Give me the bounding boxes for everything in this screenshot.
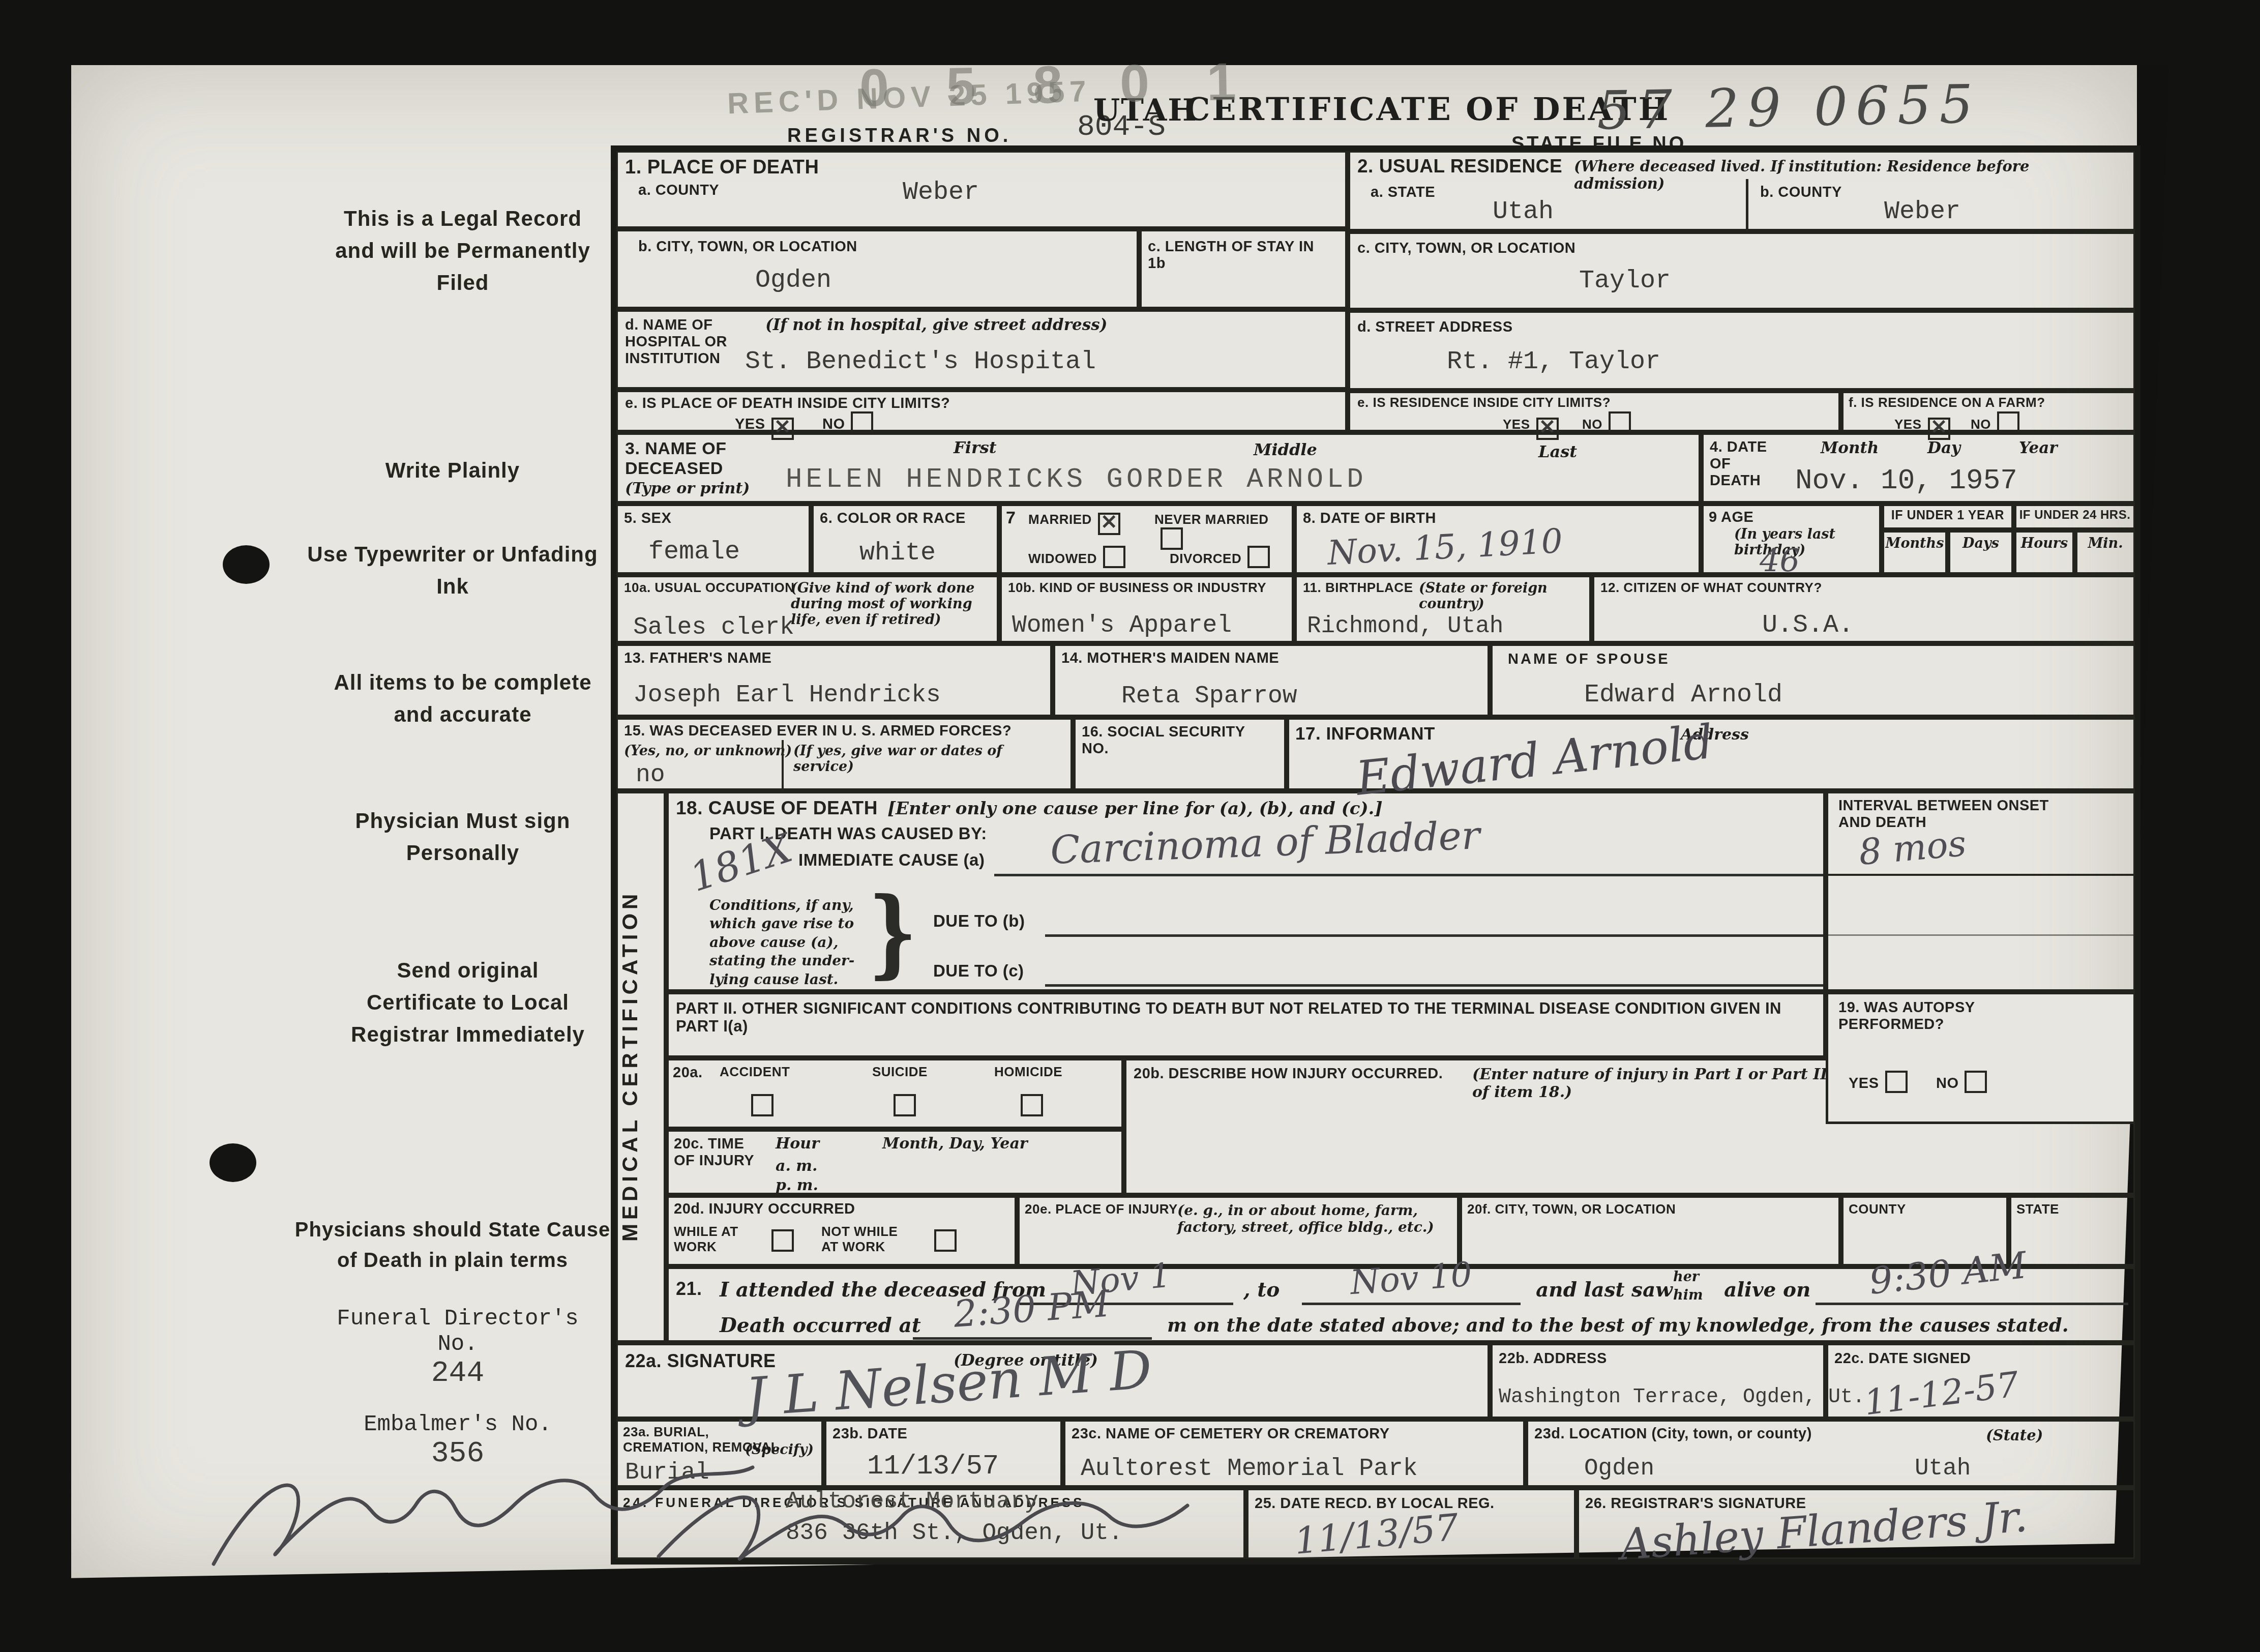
age-label: 9 AGE <box>1709 509 1753 526</box>
name-of-spouse-value: Edward Arnold <box>1584 681 1782 710</box>
interval-rule <box>1828 934 2133 936</box>
citizen-value: U.S.A. <box>1762 611 1854 640</box>
industry-label: 10b. KIND OF BUSINESS OR INDUSTRY <box>1008 580 1283 596</box>
residence-farm-label: f. IS RESIDENCE ON A FARM? <box>1849 395 2045 410</box>
attend-text-2: , to <box>1243 1278 1280 1302</box>
field-marital-status: 7 MARRIED✕ NEVER MARRIED WIDOWED DIVORCE… <box>999 504 1294 575</box>
field-place-city: b. CITY, TOWN, OR LOCATION Ogden <box>615 229 1139 309</box>
hole-punch <box>223 545 270 584</box>
month-header: Month <box>1821 439 1879 457</box>
day-header: Day <box>1927 439 1960 457</box>
funeral-director-no-block: Funeral Director's No. 244 <box>315 1306 600 1390</box>
field-industry: 10b. KIND OF BUSINESS OR INDUSTRY Women'… <box>999 575 1294 643</box>
him-label: him <box>1673 1287 1703 1303</box>
field-if-under-24-hrs: IF UNDER 24 HRS. <box>2014 504 2136 530</box>
interval-value: 8 mos <box>1857 822 1968 873</box>
due-to-c-label: DUE TO (c) <box>933 961 1024 981</box>
yes-label: YES <box>1503 417 1530 432</box>
no-label: NO <box>822 416 845 432</box>
residence-county-label: b. COUNTY <box>1760 184 1842 201</box>
usual-residence-note: (Where deceased lived. If institution: R… <box>1574 158 2123 192</box>
year-header: Year <box>2019 439 2058 457</box>
residence-state-value: Utah <box>1493 197 1554 226</box>
date-of-death-value: Nov. 10, 1957 <box>1795 464 2017 497</box>
father-name-label: 13. FATHER'S NAME <box>624 650 771 667</box>
usual-occupation-value: Sales clerk <box>633 614 794 641</box>
field-age-months: Months <box>1882 530 1948 575</box>
burial-location-city: Ogden <box>1584 1455 1654 1482</box>
attend-text-3: and last saw <box>1536 1278 1673 1302</box>
field-time-of-injury: 20c. TIME OF INJURY Hour a. m. p. m. Mon… <box>666 1129 1124 1195</box>
type-or-print-note: (Type or print) <box>625 480 750 497</box>
birthplace-value: Richmond, Utah <box>1307 613 1503 639</box>
marital-no: 7 <box>1006 508 1016 528</box>
widowed-label: WIDOWED <box>1028 551 1097 566</box>
field-attended: 21. I attended the deceased from Nov 1 ,… <box>666 1266 2136 1343</box>
field-father-name: 13. FATHER'S NAME Joseph Earl Hendricks <box>615 643 1053 717</box>
date-of-death-label: 4. DATE OF DEATH <box>1710 439 1776 489</box>
divorced-checkbox <box>1247 546 1270 568</box>
residence-city-limits-label: e. IS RESIDENCE INSIDE CITY LIMITS? <box>1357 395 1611 410</box>
interval-rule <box>1828 874 2133 876</box>
field-registrar-signature: 26. REGISTRAR'S SIGNATURE Ashley Flander… <box>1577 1488 2136 1560</box>
due-to-c-line <box>1045 961 1823 987</box>
field-street-address: d. STREET ADDRESS Rt. #1, Taylor <box>1348 310 2136 391</box>
hour-label: Hour <box>776 1135 819 1153</box>
immediate-cause-label: IMMEDIATE CAUSE (a) <box>798 850 985 870</box>
field-age: 9 AGE (In years last birthday) 46 <box>1701 504 1882 575</box>
name-of-spouse-label: NAME OF SPOUSE <box>1508 651 1670 668</box>
field-place-of-injury: 20e. PLACE OF INJURY (e. g., in or about… <box>1017 1195 1460 1266</box>
field-usual-residence: 2. USUAL RESIDENCE (Where deceased lived… <box>1348 150 2136 231</box>
first-header: First <box>954 438 997 457</box>
margin-note-plain-terms: Physicians should State Cause of Death i… <box>290 1215 615 1276</box>
armed-forces-note-2: (If yes, give war or dates of service) <box>793 743 1063 775</box>
embalmer-no-label: Embalmer's No. <box>315 1412 600 1437</box>
funeral-director-no-value: 244 <box>315 1357 600 1390</box>
margin-note-physician-sign: Physician Must sign Personally <box>336 805 590 869</box>
residence-city-label: c. CITY, TOWN, OR LOCATION <box>1357 240 1575 257</box>
usual-residence-title: 2. USUAL RESIDENCE <box>1357 156 1562 177</box>
no-label: NO <box>1582 417 1602 432</box>
days-label: Days <box>1950 536 2011 551</box>
hours-label: Hours <box>2016 536 2072 551</box>
color-or-race-value: white <box>859 539 936 568</box>
field-physician-address: 22b. ADDRESS Washington Terrace, Ogden, … <box>1490 1343 1826 1419</box>
place-city-value: Ogden <box>755 266 831 295</box>
medical-certification-strip: MEDICAL CERTIFICATION <box>615 791 666 1343</box>
field-informant: 17. INFORMANT Address Edward Arnold <box>1287 717 2136 791</box>
residence-county-value: Weber <box>1884 197 1960 226</box>
injury-city-label: 20f. CITY, TOWN, OR LOCATION <box>1467 1202 1676 1217</box>
funeral-director-signature-scrawl <box>648 1475 1233 1572</box>
usual-occupation-note: (Give kind of work done during most of w… <box>791 580 989 628</box>
cause-of-death-note: [Enter only one cause per line for (a), … <box>887 799 1383 819</box>
street-address-value: Rt. #1, Taylor <box>1447 347 1660 376</box>
describe-injury-note: (Enter nature of injury in Part I or Par… <box>1472 1066 1838 1101</box>
field-injury-occurred: 20d. INJURY OCCURRED WHILE AT WORK NOT W… <box>666 1195 1017 1266</box>
field-date-of-birth: 8. DATE OF BIRTH Nov. 15, 1910 <box>1294 504 1701 575</box>
field-residence-farm: f. IS RESIDENCE ON A FARM? YES✕ NO <box>1841 391 2136 432</box>
name-of-deceased-value: HELEN HENDRICKS GORDER ARNOLD <box>786 464 1367 495</box>
field-autopsy: 19. WAS AUTOPSY PERFORMED? YES NO <box>1826 992 2136 1124</box>
month-day-year-label: Month, Day, Year <box>882 1135 1028 1153</box>
field-age-min: Min. <box>2075 530 2136 575</box>
time-of-injury-label: 20c. TIME OF INJURY <box>674 1136 765 1169</box>
if-under-24-hrs-label: IF UNDER 24 HRS. <box>2016 508 2133 522</box>
scan-border-left <box>0 0 71 1652</box>
mother-maiden-name-value: Reta Sparrow <box>1121 683 1297 710</box>
industry-value: Women's Apparel <box>1012 612 1232 639</box>
margin-note-legal-record: This is a Legal Record and will be Perma… <box>325 202 600 299</box>
field-place-city-limits: e. IS PLACE OF DEATH INSIDE CITY LIMITS?… <box>615 390 1348 432</box>
citizen-label: 12. CITIZEN OF WHAT COUNTRY? <box>1600 580 1822 596</box>
field-place-of-death: 1. PLACE OF DEATH a. COUNTY Weber <box>615 150 1348 229</box>
field-interval: INTERVAL BETWEEN ONSET AND DEATH 8 mos <box>1826 791 2136 992</box>
months-label: Months <box>1884 536 1945 551</box>
married-label: MARRIED <box>1028 512 1092 527</box>
physician-signature-value: J L Nelsen M D <box>744 1338 1154 1429</box>
never-married-option: NEVER MARRIED <box>1154 512 1292 550</box>
armed-forces-note-1: (Yes, no, or unknown) <box>624 743 792 759</box>
date-received-label: 25. DATE RECD. BY LOCAL REG. <box>1255 1495 1495 1512</box>
county-value: Weber <box>903 178 979 207</box>
field-age-hours: Hours <box>2014 530 2075 575</box>
field-accident-suicide-homicide: 20a. ACCIDENT SUICIDE HOMICIDE <box>666 1058 1124 1129</box>
due-to-b-label: DUE TO (b) <box>933 911 1025 931</box>
field-date-of-death: 4. DATE OF DEATH Month Day Year Nov. 10,… <box>1701 432 2136 504</box>
no-checkbox <box>1609 411 1631 434</box>
due-to-b-line <box>1045 911 1823 937</box>
field-name-of-deceased: 3. NAME OF DECEASED (Type or print) Firs… <box>615 432 1701 504</box>
married-checkbox: ✕ <box>1098 513 1120 535</box>
birthplace-note: (State or foreign country) <box>1419 580 1589 612</box>
describe-injury-label: 20b. DESCRIBE HOW INJURY OCCURRED. <box>1134 1066 1443 1082</box>
color-or-race-label: 6. COLOR OR RACE <box>820 510 966 527</box>
not-while-at-work-label: NOT WHILE AT WORK <box>821 1224 913 1254</box>
injury-county-label: COUNTY <box>1849 1202 1906 1217</box>
not-while-at-work-checkbox <box>934 1229 957 1252</box>
hospital-note: (If not in hospital, give street address… <box>765 316 1107 334</box>
attend-no: 21. <box>676 1278 702 1299</box>
physician-address-value: Washington Terrace, Ogden, Ut. <box>1499 1386 1865 1409</box>
registrar-no-label: REGISTRAR'S NO. <box>787 125 1012 147</box>
divider <box>1746 179 1748 231</box>
field-mother-maiden-name: 14. MOTHER'S MAIDEN NAME Reta Sparrow <box>1053 643 1490 717</box>
hospital-value: St. Benedict's Hospital <box>745 347 1096 376</box>
her-label: her <box>1673 1269 1699 1285</box>
date-signed-value: 11-12-57 <box>1862 1365 2021 1424</box>
cause-of-death-label: 18. CAUSE OF DEATH <box>676 798 878 819</box>
injury-occurred-label: 20d. INJURY OCCURRED <box>674 1201 855 1218</box>
married-option: MARRIED✕ <box>1028 512 1126 535</box>
margin-note-typewriter: Use Typewriter or Unfading Ink <box>295 538 610 602</box>
accident-checkbox <box>751 1094 774 1116</box>
while-at-work-checkbox <box>771 1229 794 1252</box>
medical-certification-label: MEDICAL CERTIFICATION <box>618 793 662 1338</box>
conditions-brace: } <box>868 877 917 989</box>
field-name-of-spouse: NAME OF SPOUSE Edward Arnold <box>1490 643 2136 717</box>
field-birthplace: 11. BIRTHPLACE (State or foreign country… <box>1294 575 1592 643</box>
field-burial-location: 23d. LOCATION (City, town, or county) (S… <box>1526 1419 2136 1488</box>
suicide-checkbox <box>894 1094 916 1116</box>
field-citizen: 12. CITIZEN OF WHAT COUNTRY? U.S.A. <box>1592 575 2136 643</box>
homicide-label: HOMICIDE <box>994 1065 1062 1080</box>
death-at-label: Death occurred at <box>720 1314 921 1337</box>
field-funeral-director: 24. FUNERAL DIRECTOR'S SIGNATURE AND ADD… <box>615 1488 1246 1560</box>
widowed-checkbox <box>1103 546 1125 568</box>
date-received-value: 11/13/57 <box>1293 1506 1460 1562</box>
armed-forces-label: 15. WAS DECEASED EVER IN U. S. ARMED FOR… <box>624 723 1012 740</box>
ssn-label: 16. SOCIAL SECURITY NO. <box>1082 724 1275 757</box>
age-value: 46 <box>1760 542 1800 579</box>
sex-label: 5. SEX <box>624 510 671 527</box>
attend-text-5: m on the date stated above; and to the b… <box>1167 1314 2069 1336</box>
no-checkbox <box>851 411 873 434</box>
field-hospital: d. NAME OF HOSPITAL OR INSTITUTION (If n… <box>615 309 1348 390</box>
accident-label: ACCIDENT <box>720 1065 790 1080</box>
field-color-or-race: 6. COLOR OR RACE white <box>811 504 999 575</box>
hole-punch <box>210 1143 256 1182</box>
min-label: Min. <box>2077 536 2133 551</box>
burial-location-state: Utah <box>1915 1455 1971 1482</box>
divider <box>782 740 784 791</box>
no-checkbox <box>1965 1071 1987 1093</box>
accident-no: 20a. <box>673 1065 702 1081</box>
middle-header: Middle <box>1254 440 1317 459</box>
burial-date-label: 23b. DATE <box>832 1426 907 1442</box>
sex-value: female <box>648 538 740 567</box>
funeral-director-no-label: Funeral Director's No. <box>315 1306 600 1357</box>
residence-city-value: Taylor <box>1579 267 1671 296</box>
place-city-limits-label: e. IS PLACE OF DEATH INSIDE CITY LIMITS? <box>625 395 950 412</box>
armed-forces-value: no <box>636 761 665 789</box>
yes-checkbox <box>1885 1071 1908 1093</box>
field-part2: PART II. OTHER SIGNIFICANT CONDITIONS CO… <box>666 992 1826 1058</box>
field-physician-signature: 22a. SIGNATURE (Degree or title) J L Nel… <box>615 1343 1490 1419</box>
suicide-label: SUICIDE <box>872 1065 928 1080</box>
street-address-label: d. STREET ADDRESS <box>1357 319 1513 336</box>
margin-note-complete: All items to be complete and accurate <box>325 666 600 730</box>
never-married-label: NEVER MARRIED <box>1154 512 1269 527</box>
field-residence-city-limits: e. IS RESIDENCE INSIDE CITY LIMITS? YES✕… <box>1348 391 1841 432</box>
yes-label: YES <box>1849 1075 1879 1091</box>
field-if-under-1-year: IF UNDER 1 YEAR <box>1882 504 2014 530</box>
residence-state-label: a. STATE <box>1371 184 1435 201</box>
no-checkbox <box>1997 411 2019 434</box>
am-label: a. m. <box>776 1157 818 1175</box>
margin-note-send-original: Send original Certificate to Local Regis… <box>346 954 590 1050</box>
yes-label: YES <box>735 416 765 432</box>
homicide-checkbox <box>1021 1094 1043 1116</box>
yes-label: YES <box>1894 417 1922 432</box>
physician-address-label: 22b. ADDRESS <box>1499 1350 1607 1367</box>
burial-location-note: (State) <box>1986 1427 2043 1444</box>
field-length-of-stay: c. LENGTH OF STAY IN 1b <box>1139 229 1348 309</box>
part2-label: PART II. OTHER SIGNIFICANT CONDITIONS CO… <box>676 999 1810 1036</box>
field-date-received: 25. DATE RECD. BY LOCAL REG. 11/13/57 <box>1246 1488 1577 1560</box>
length-of-stay-label: c. LENGTH OF STAY IN 1b <box>1148 239 1336 272</box>
mother-maiden-name-label: 14. MOTHER'S MAIDEN NAME <box>1061 650 1279 667</box>
conditions-note: Conditions, if any, which gave rise to a… <box>709 896 867 989</box>
date-signed-label: 22c. DATE SIGNED <box>1834 1350 1971 1367</box>
cemetery-label: 23c. NAME OF CEMETERY OR CREMATORY <box>1072 1426 1390 1442</box>
widowed-option: WIDOWED <box>1028 546 1132 568</box>
scanned-death-certificate: This is a Legal Record and will be Perma… <box>0 0 2260 1652</box>
place-city-label: b. CITY, TOWN, OR LOCATION <box>638 239 857 255</box>
margin-note-write-plainly: Write Plainly <box>305 454 600 486</box>
divorced-option: DIVORCED <box>1170 546 1276 568</box>
field-injury-city: 20f. CITY, TOWN, OR LOCATION <box>1460 1195 1841 1266</box>
usual-occupation-label: 10a. USUAL OCCUPATION <box>624 580 795 596</box>
if-under-1-year-label: IF UNDER 1 YEAR <box>1884 508 2011 523</box>
field-sex: 5. SEX female <box>615 504 811 575</box>
field-armed-forces: 15. WAS DECEASED EVER IN U. S. ARMED FOR… <box>615 717 1073 791</box>
autopsy-label: 19. WAS AUTOPSY PERFORMED? <box>1838 999 2042 1033</box>
informant-label: 17. INFORMANT <box>1295 724 1435 744</box>
autopsy-answer: YES NO <box>1849 1071 1993 1093</box>
field-usual-occupation: 10a. USUAL OCCUPATION (Give kind of work… <box>615 575 999 643</box>
no-label: NO <box>1936 1075 1959 1091</box>
while-at-work-label: WHILE AT WORK <box>674 1224 755 1254</box>
name-of-deceased-label: 3. NAME OF DECEASED <box>625 439 747 479</box>
county-label: a. COUNTY <box>638 182 719 199</box>
stamp-file-digits: 0 5 8 0 1 <box>859 51 1258 119</box>
injury-state-label: STATE <box>2016 1202 2059 1217</box>
divorced-label: DIVORCED <box>1170 551 1241 566</box>
field-date-signed: 22c. DATE SIGNED 11-12-57 <box>1826 1343 2136 1419</box>
birthplace-label: 11. BIRTHPLACE <box>1303 580 1413 596</box>
field-injury-state: STATE <box>2009 1195 2136 1266</box>
no-label: NO <box>1971 417 1991 432</box>
attend-text-4: alive on <box>1724 1278 1810 1302</box>
field-age-days: Days <box>1948 530 2014 575</box>
place-of-injury-note: (e. g., in or about home, farm, factory,… <box>1177 1202 1442 1235</box>
last-header: Last <box>1538 442 1577 461</box>
pm-label: p. m. <box>776 1176 818 1194</box>
state-file-no-value: 57 29 0655 <box>1596 73 1981 141</box>
field-ssn: 16. SOCIAL SECURITY NO. <box>1073 717 1287 791</box>
place-of-death-title: 1. PLACE OF DEATH <box>625 157 819 179</box>
place-of-injury-label: 20e. PLACE OF INJURY <box>1025 1202 1178 1217</box>
father-name-value: Joseph Earl Hendricks <box>633 682 941 709</box>
date-of-birth-label: 8. DATE OF BIRTH <box>1303 510 1436 527</box>
burial-location-label: 23d. LOCATION (City, town, or county) <box>1534 1426 1812 1442</box>
date-of-birth-value: Nov. 15, 1910 <box>1326 521 1563 573</box>
field-cause-of-death: 18. CAUSE OF DEATH [Enter only one cause… <box>666 791 1826 992</box>
hospital-label: d. NAME OF HOSPITAL OR INSTITUTION <box>625 317 752 367</box>
field-residence-city: c. CITY, TOWN, OR LOCATION Taylor <box>1348 231 2136 310</box>
